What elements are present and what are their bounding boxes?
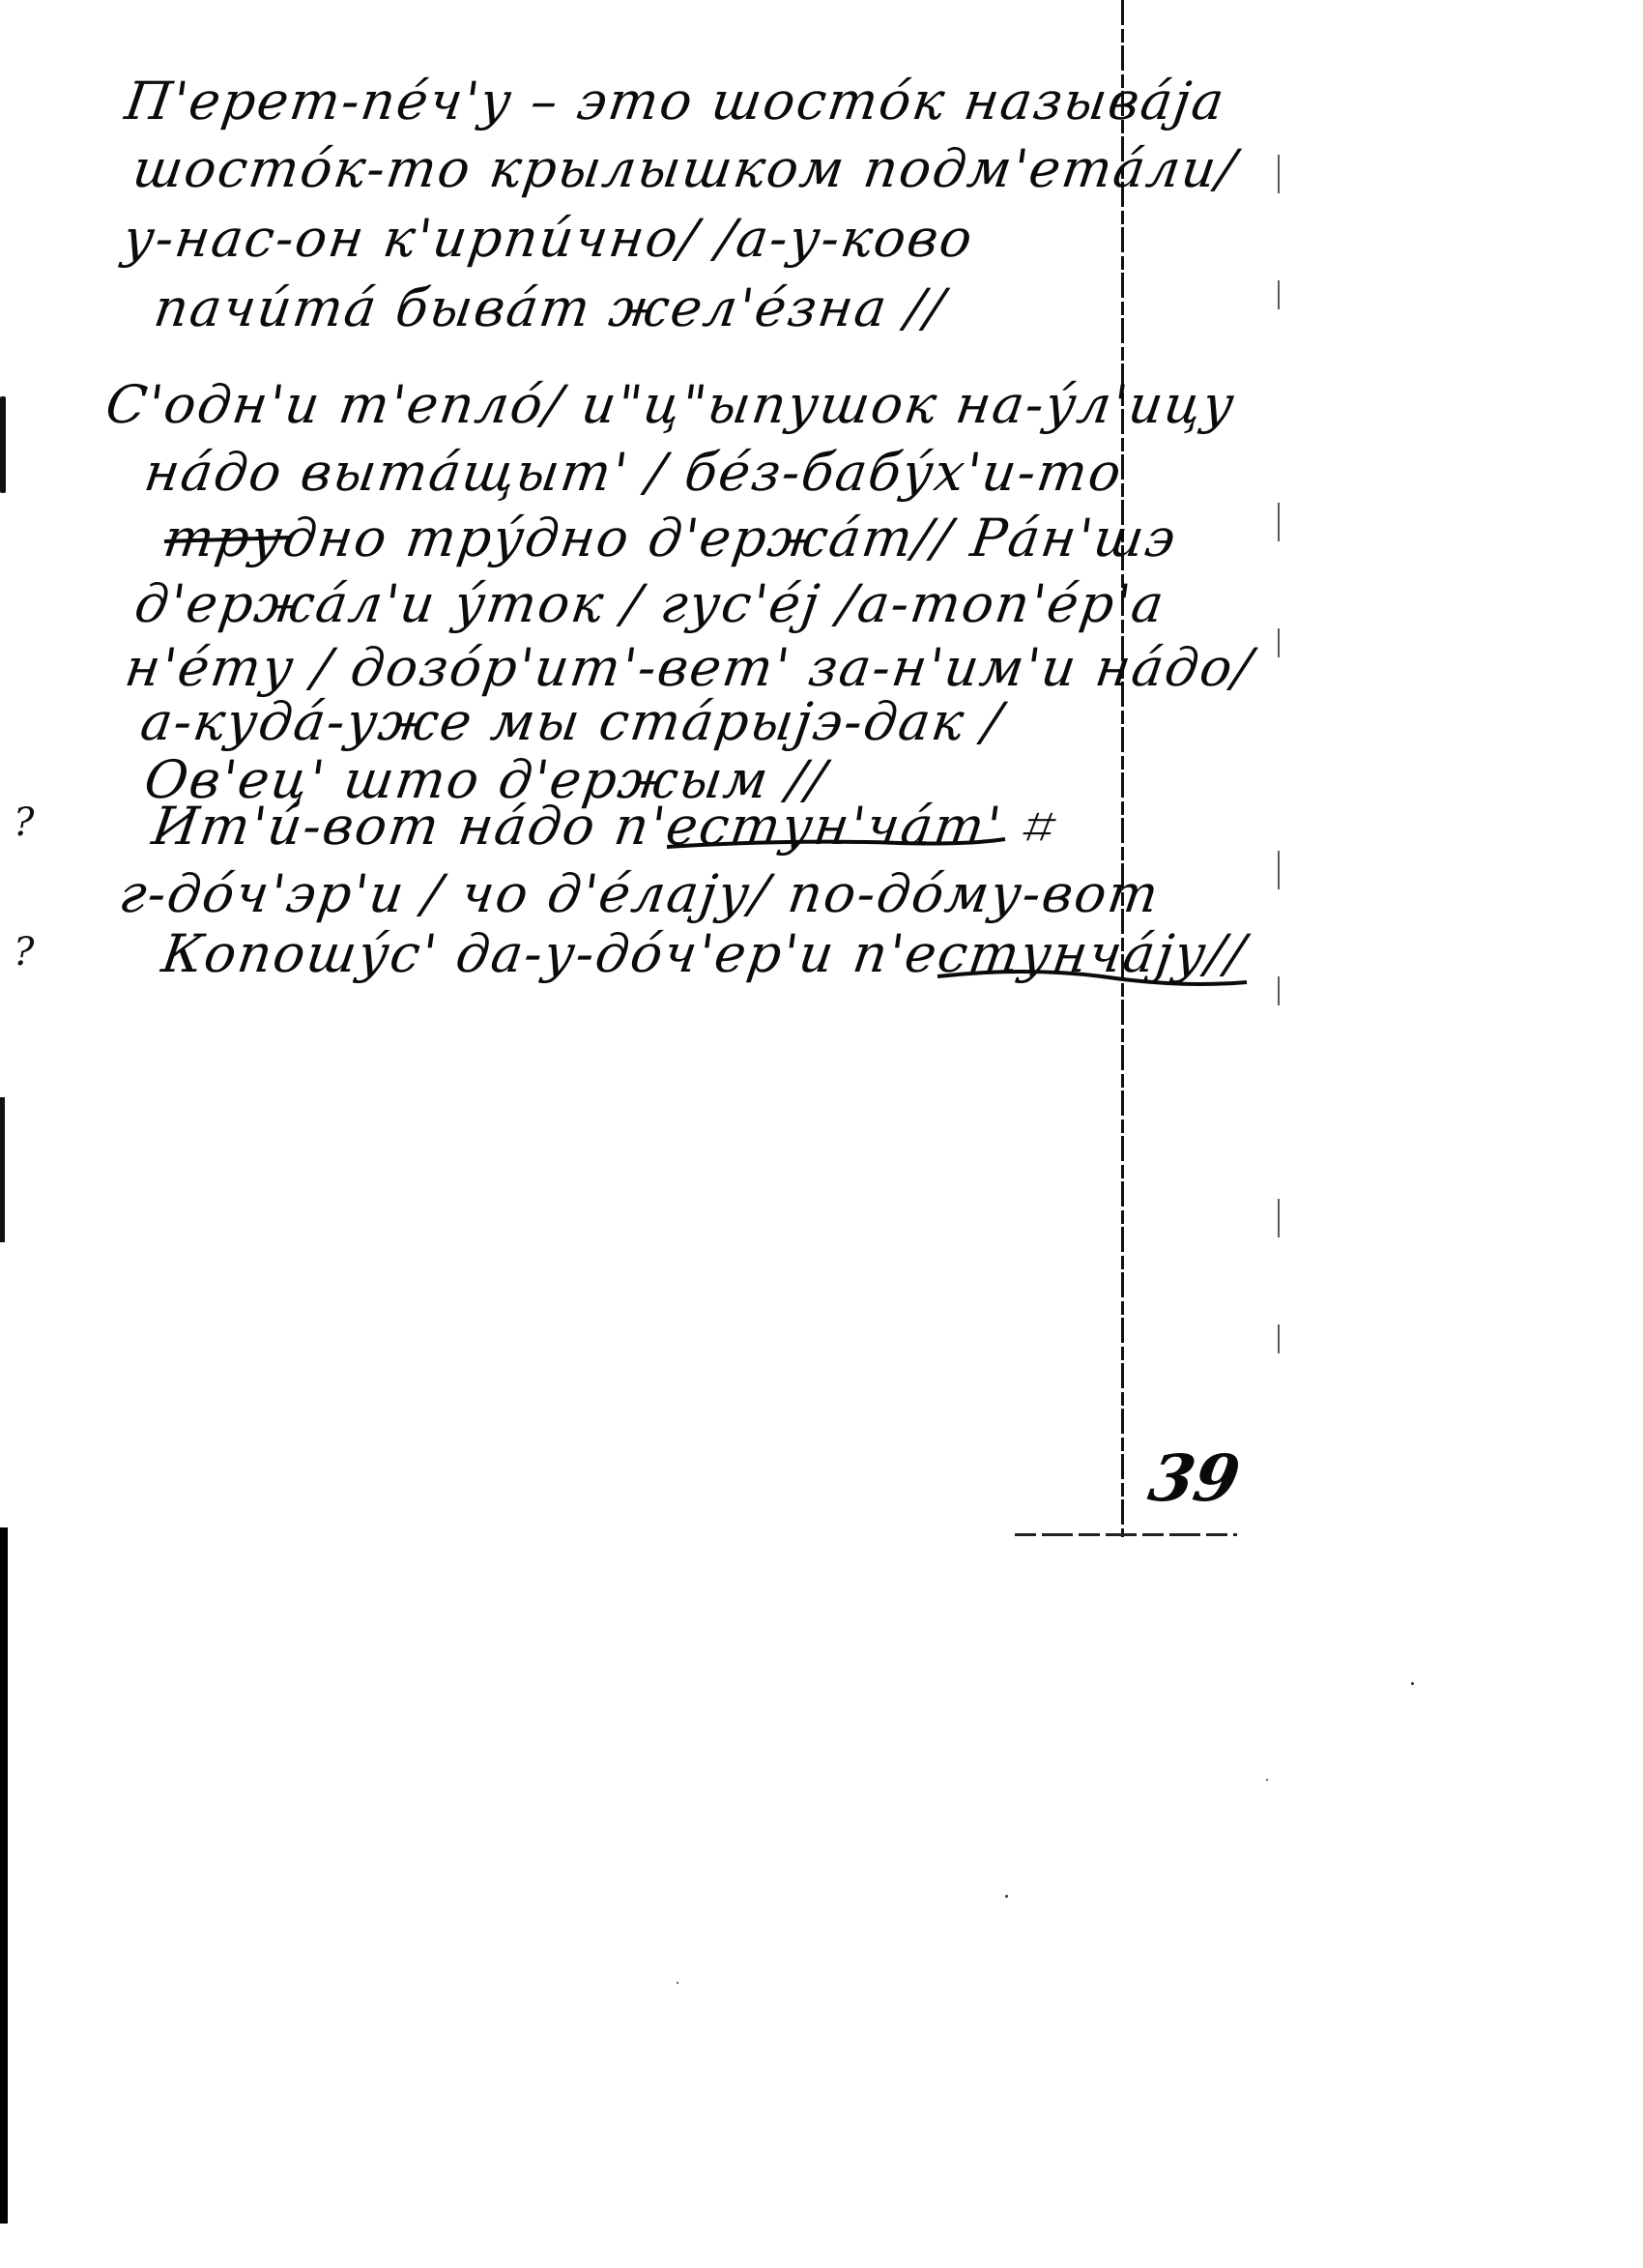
scan-edge-artifact — [0, 1097, 5, 1242]
scan-speck — [1411, 1682, 1414, 1685]
bottom-rule-line — [1015, 1533, 1237, 1536]
scan-edge-bar — [0, 1527, 8, 2224]
scan-speck — [1266, 1779, 1268, 1781]
manuscript-page: П'ерет-пе́ч'у – это шосто́к называ́ја шо… — [0, 0, 1643, 2268]
scan-speck — [677, 1982, 678, 1984]
page-number: 39 — [1143, 1440, 1246, 1516]
scan-speck — [1005, 1895, 1008, 1898]
underline-strokes — [0, 0, 1643, 1063]
